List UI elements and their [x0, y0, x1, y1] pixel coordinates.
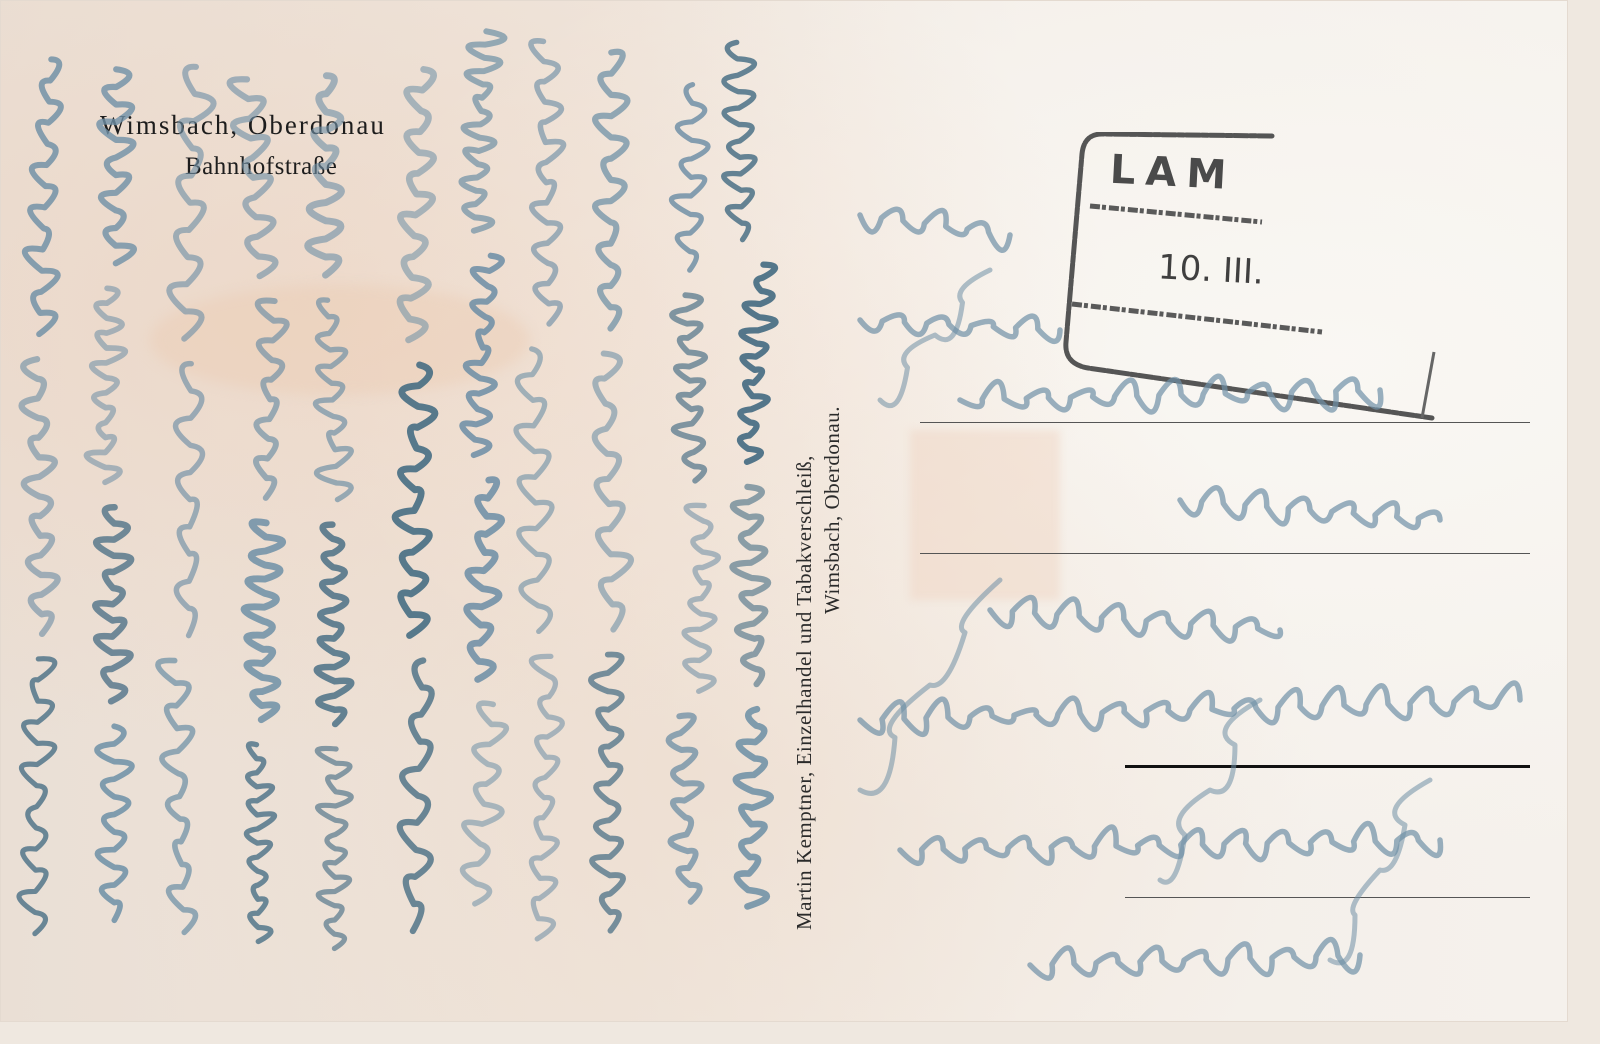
- publisher-line-1: Martin Kemptner, Einzelhandel und Tabakv…: [790, 70, 818, 930]
- postmark-date: 10. III.: [1157, 247, 1265, 292]
- address-line-1: [920, 422, 1530, 423]
- address-line-2: [920, 553, 1530, 554]
- postcard: Wimsbach, Oberdonau Bahnhofstraße Martin…: [0, 0, 1568, 1022]
- postcard-subtitle: Bahnhofstraße: [185, 153, 337, 181]
- paper-stain: [150, 285, 530, 395]
- address-line-3: [1125, 765, 1530, 768]
- postmark-city: LAM: [1109, 147, 1237, 200]
- publisher-line-2: Wimsbach, Oberdonau.: [818, 90, 846, 930]
- address-line-4: [1125, 897, 1530, 898]
- publisher-imprint: Martin Kemptner, Einzelhandel und Tabakv…: [790, 70, 846, 930]
- postcard-title: Wimsbach, Oberdonau: [100, 110, 386, 141]
- paper-stain: [910, 430, 1060, 600]
